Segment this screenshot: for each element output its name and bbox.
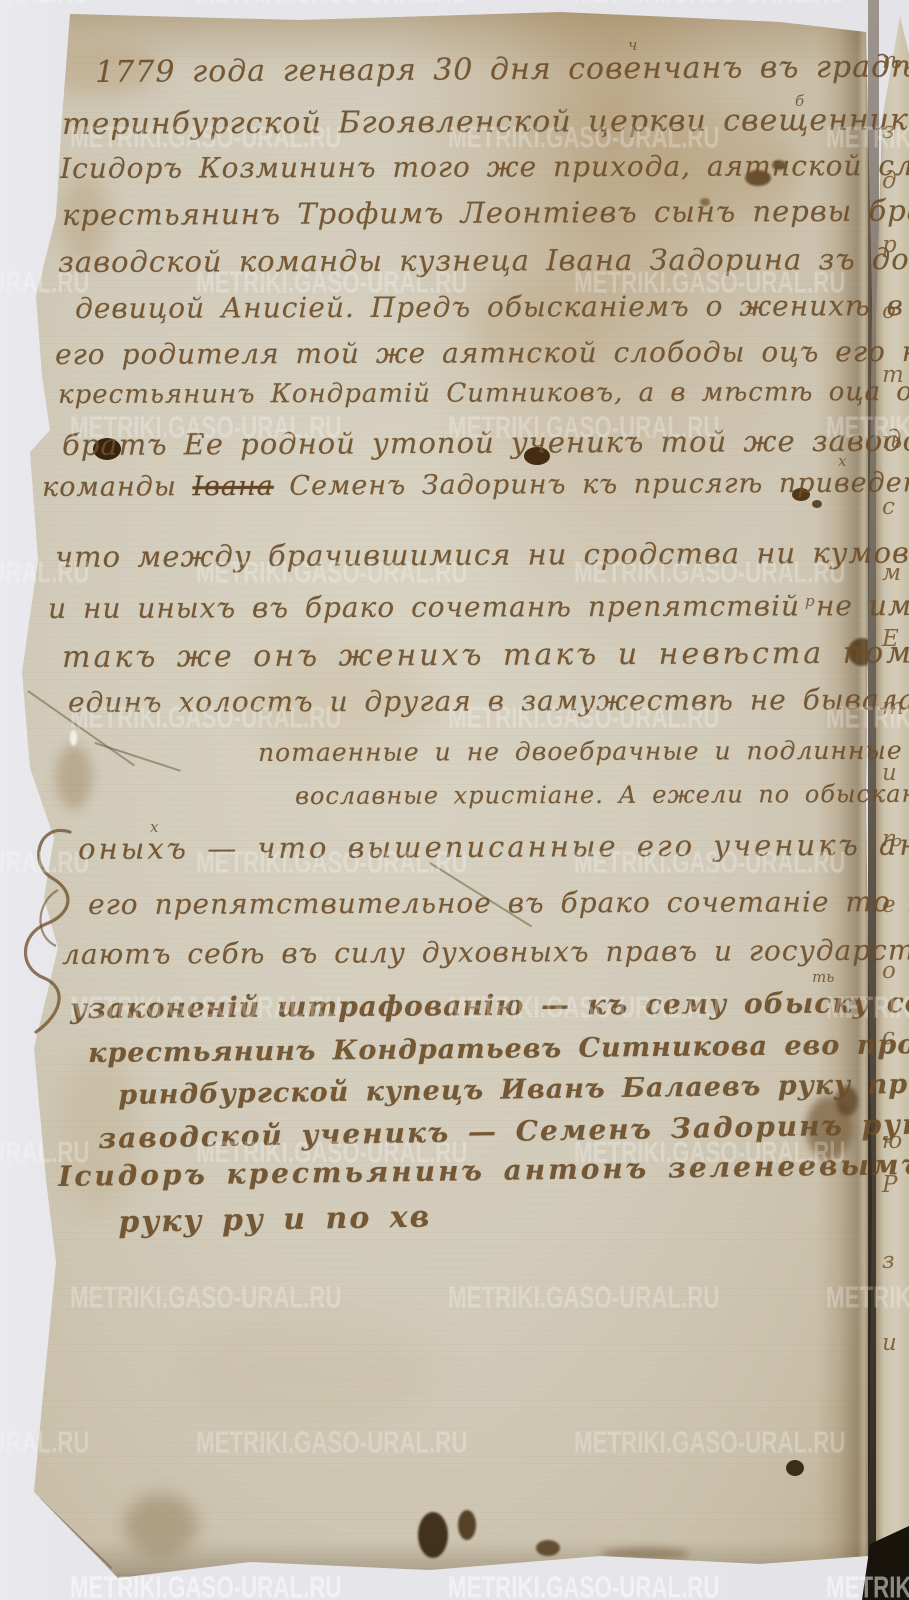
manuscript-line: его родителя той же аятнской слободы оцъ… bbox=[55, 335, 909, 371]
superscript-mark: ть bbox=[812, 968, 834, 986]
manuscript-scan: 1779 года генваря 30 дня совенчанъ въ гр… bbox=[0, 0, 909, 1600]
superscript-mark: р bbox=[805, 592, 815, 610]
facing-page-text-fragment: т bbox=[882, 362, 904, 388]
manuscript-line: руку ру и по хв bbox=[118, 1200, 432, 1240]
facing-page-text-fragment: и bbox=[882, 1330, 897, 1356]
facing-page-text-fragment: о bbox=[882, 958, 896, 984]
manuscript-line: теринбургской Бгоявленской церкви свещен… bbox=[62, 102, 909, 142]
superscript-mark: х bbox=[838, 452, 846, 470]
manuscript-line: вославные христiане. А ежели по обысканi… bbox=[295, 780, 909, 810]
superscript-mark: х bbox=[150, 818, 158, 836]
facing-page-text-fragment: р bbox=[882, 232, 897, 258]
manuscript-line: его препятствительное въ брако сочетанiе… bbox=[88, 885, 909, 921]
manuscript-line: 1779 года генваря 30 дня совенчанъ въ гр… bbox=[95, 49, 909, 90]
facing-page-text-fragment: з bbox=[882, 118, 895, 144]
manuscript-line: команды Iвана Семенъ Задоринъ къ присягѣ… bbox=[42, 467, 909, 503]
manuscript-line: крестьянинъ Трофимъ Леонтiевъ сынъ первы… bbox=[62, 193, 909, 232]
manuscript-line: братъ Ее родной утопой ученикъ той же за… bbox=[62, 423, 909, 462]
facing-page-text-fragment: е bbox=[882, 892, 896, 918]
manuscript-line: заводской ученикъ — Семенъ Задоринъ руку bbox=[98, 1107, 909, 1155]
manuscript-line: и ни иныхъ въ брако сочетанѣ препятствiй… bbox=[48, 589, 909, 625]
facing-page-text-fragment: ѣ bbox=[882, 48, 902, 74]
manuscript-line: оныхъ — что вышеписанные его ученикъ ани… bbox=[78, 827, 909, 866]
facing-page-text-fragment: Р bbox=[882, 1172, 897, 1198]
manuscript-line: такъ же онъ женихъ такъ и невѣста помяну… bbox=[62, 635, 909, 675]
facing-page-text-fragment: с bbox=[882, 1024, 895, 1050]
manuscript-line: риндбургской купецъ Иванъ Балаевъ руку п… bbox=[118, 1067, 909, 1111]
manuscript-line: лаютъ себѣ въ силу духовныхъ правъ и гос… bbox=[62, 933, 909, 971]
facing-page-text-fragment: з bbox=[882, 1248, 895, 1274]
facing-page-text-fragment: ѣ bbox=[882, 826, 902, 852]
superscript-mark: ч bbox=[628, 36, 637, 54]
superscript-mark: ъ bbox=[745, 300, 755, 318]
handwriting-layer: 1779 года генваря 30 дня совенчанъ въ гр… bbox=[0, 0, 909, 1600]
manuscript-line: что между брачившимися ни сродства ни ку… bbox=[55, 535, 909, 574]
manuscript-line: единъ холостъ и другая в замужествѣ не б… bbox=[68, 683, 909, 719]
facing-page-text-fragment: Е bbox=[882, 626, 899, 652]
manuscript-line: потаенные и не двоебрачные и подлинные и… bbox=[258, 735, 909, 767]
manuscript-line: заводской команды кузнеца Iвана Задорина… bbox=[58, 242, 909, 279]
manuscript-line: девицой Анисiей. Предъ обысканiемъ о жен… bbox=[75, 289, 909, 325]
manuscript-line: Iсидоръ Козмининъ того же прихода, аятнс… bbox=[60, 149, 909, 185]
manuscript-line: крестьянинъ Кондратiй Ситниковъ, а в мѣс… bbox=[58, 376, 909, 410]
facing-page-text-fragment: т bbox=[882, 694, 904, 720]
facing-page-text-fragment: о bbox=[882, 298, 896, 324]
superscript-mark: б bbox=[795, 92, 804, 110]
facing-page-text-fragment: д bbox=[882, 168, 897, 194]
manuscript-line: узаконенiй штрафованiю — къ сему обыску … bbox=[70, 985, 909, 1025]
facing-page-text-fragment: ѣ bbox=[882, 428, 902, 454]
manuscript-line: крестьянинъ Кондратьевъ Ситникова ево пр… bbox=[88, 1027, 909, 1069]
facing-page-text-fragment: м bbox=[882, 560, 901, 586]
facing-page-text-fragment: с bbox=[882, 494, 895, 520]
manuscript-line: Iсидоръ крестьянинъ антонъ зеленеевымъ п… bbox=[58, 1147, 909, 1193]
facing-page-text-fragment: и bbox=[882, 760, 897, 786]
facing-page-text-fragment: ю bbox=[882, 1128, 902, 1154]
